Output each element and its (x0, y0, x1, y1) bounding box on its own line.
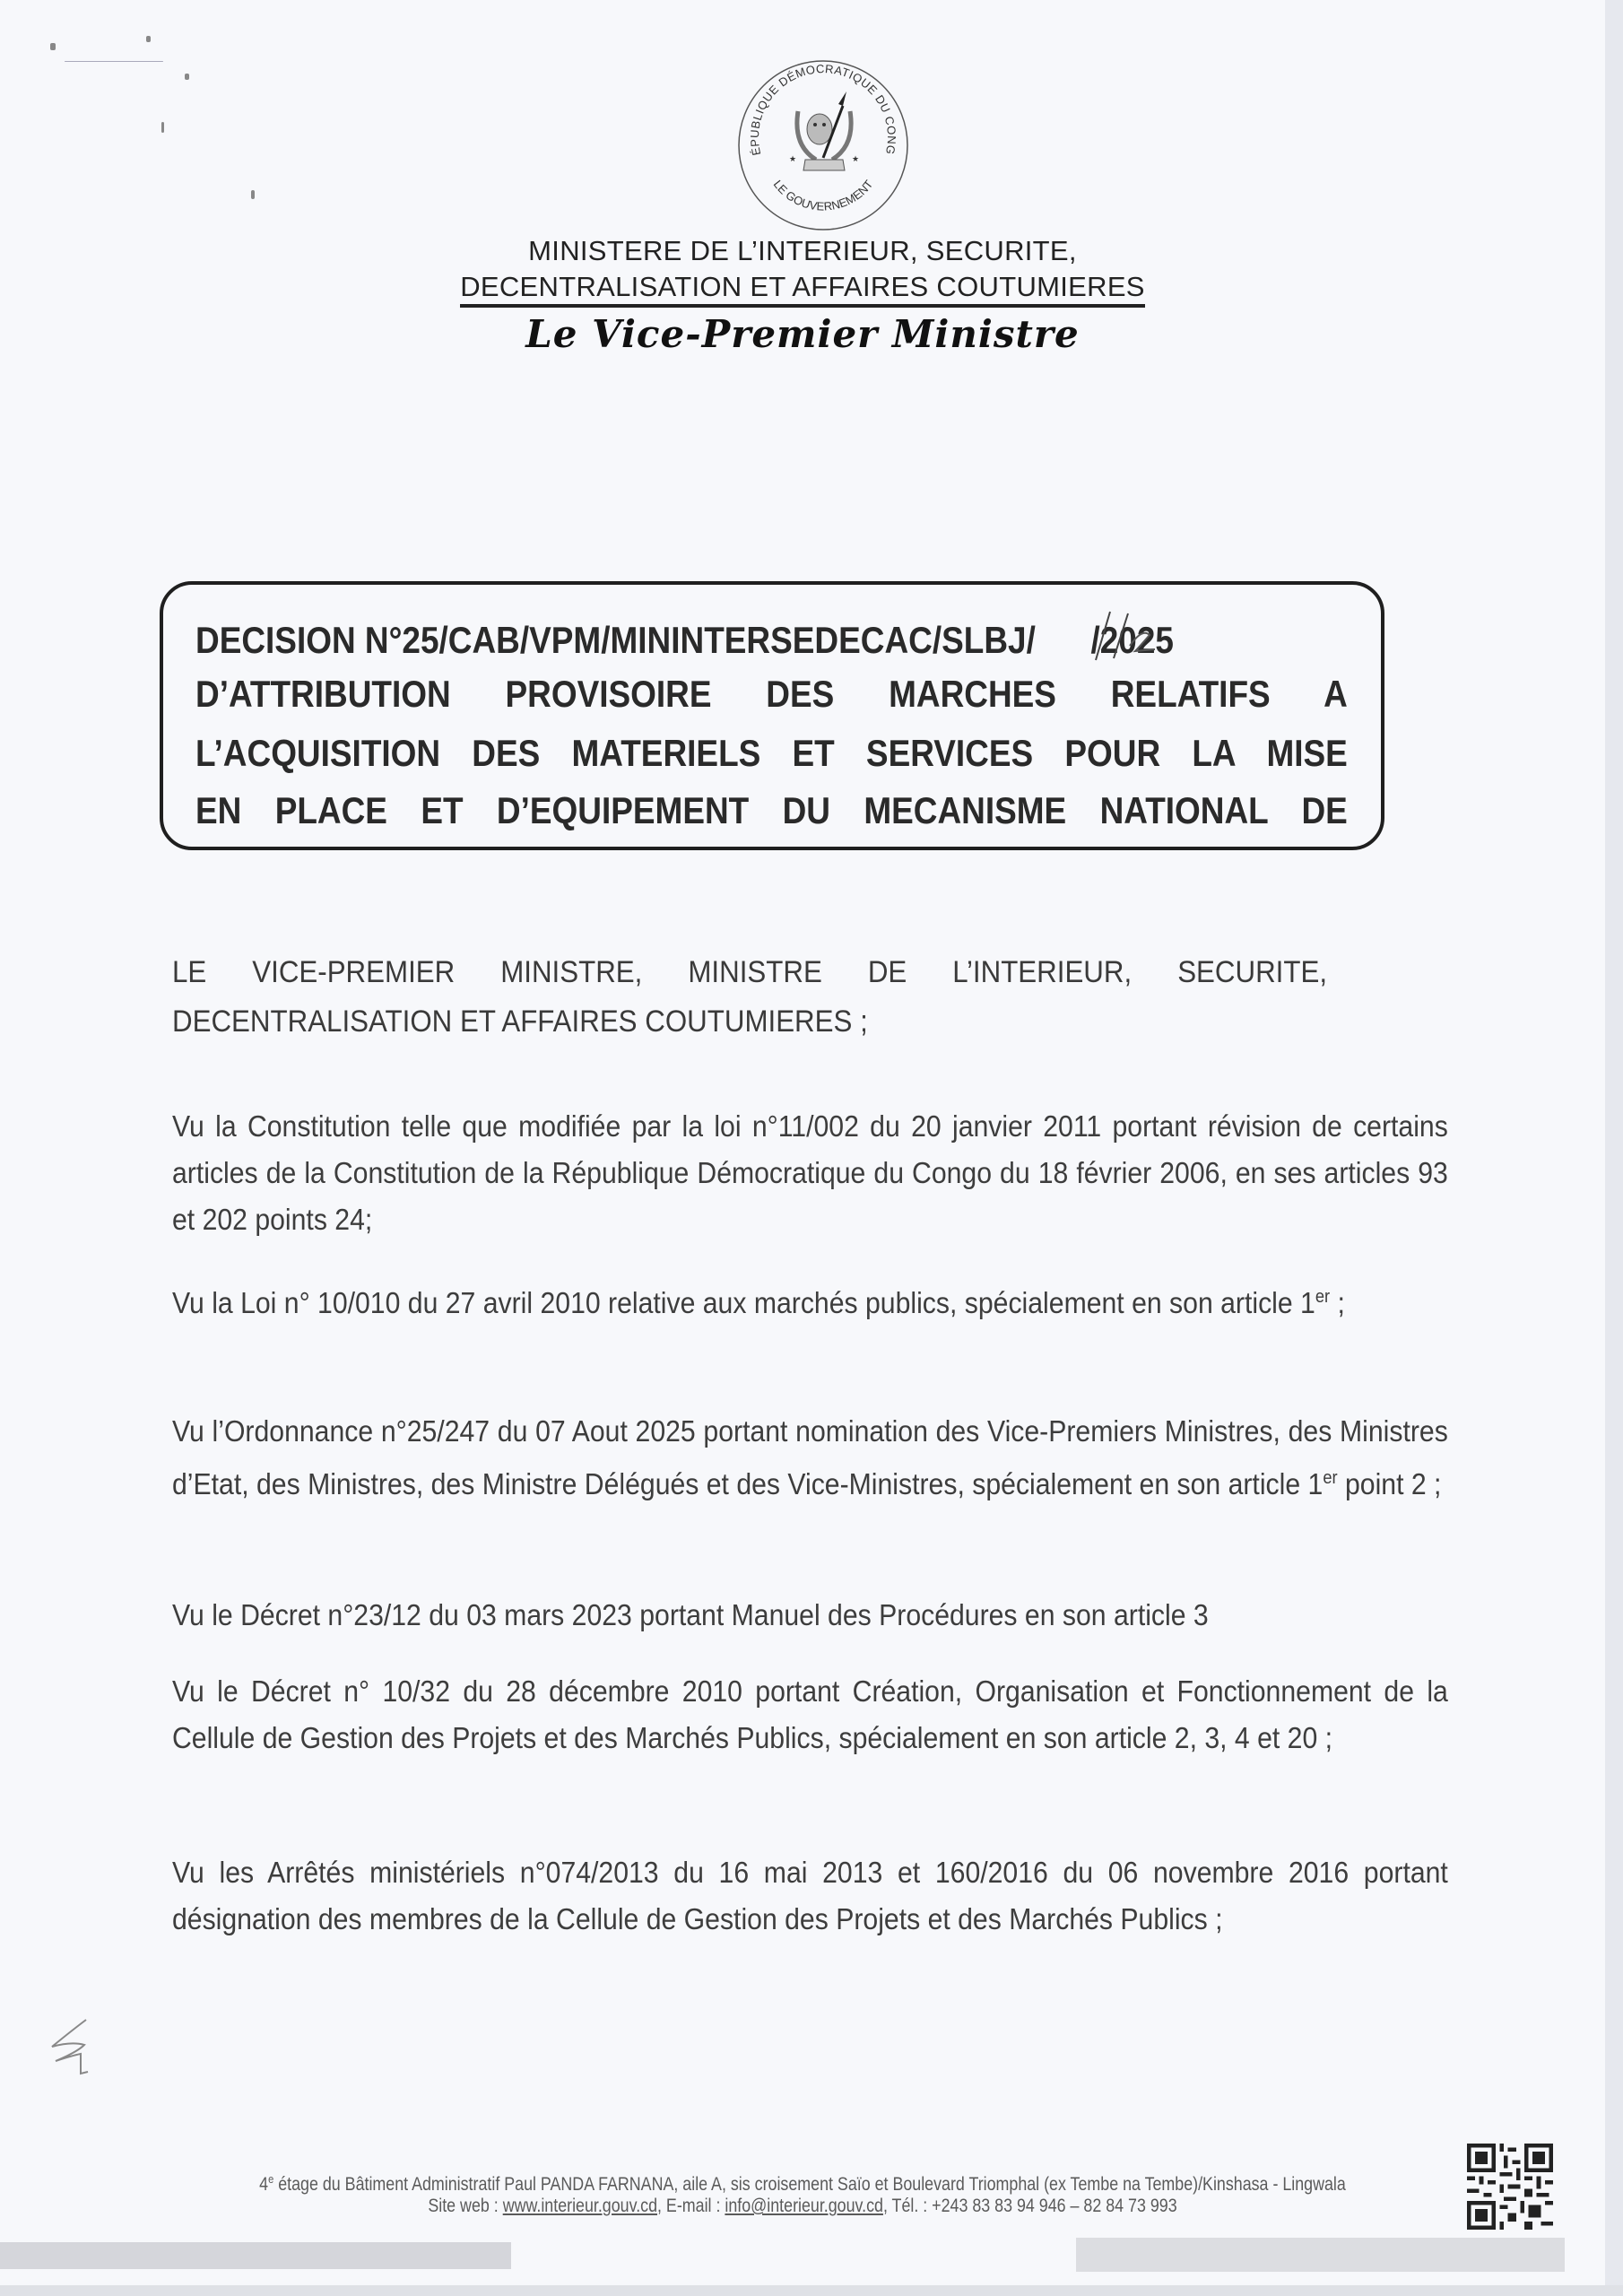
consideration-constitution: Vu la Constitution telle que modifiée pa… (172, 1103, 1448, 1243)
scan-speck (146, 36, 151, 42)
decision-subject-line: D’ATTRIBUTION PROVISOIRE DES MARCHES REL… (195, 673, 1348, 716)
handwritten-number-annotation (1083, 608, 1164, 662)
decision-subject-line: L’ACQUISITION DES MATERIELS ET SERVICES … (195, 732, 1348, 775)
coat-of-arms-icon: RÉPUBLIQUE DÉMOCRATIQUE DU CONGO LE GOUV… (733, 56, 913, 235)
svg-text:★: ★ (852, 154, 859, 163)
decision-number: DECISION N°25/CAB/VPM/MININTERSEDECAC/SL… (195, 619, 1213, 662)
consideration-ordonnance: Vu l’Ordonnance n°25/247 du 07 Aout 2025… (172, 1408, 1448, 1508)
office-title: Le Vice-Premier Ministre (0, 312, 1605, 356)
footer-contact: Site web : www.interieur.gouv.cd, E-mail… (120, 2196, 1485, 2217)
consideration-law-marches-publics: Vu la Loi n° 10/010 du 27 avril 2010 rel… (172, 1274, 1448, 1326)
scan-speck (50, 43, 56, 50)
preamble-authority: LE VICE-PREMIER MINISTRE, MINISTRE DE L’… (172, 955, 1410, 990)
ministry-name-line2: DECENTRALISATION ET AFFAIRES COUTUMIERES (0, 271, 1605, 303)
scan-speck (251, 190, 255, 199)
scan-speck (185, 74, 189, 80)
decision-subject-line: EN PLACE ET D’EQUIPEMENT DU MECANISME NA… (195, 789, 1348, 832)
scan-artifact (1076, 2238, 1565, 2272)
ministry-name-underlined: DECENTRALISATION ET AFFAIRES COUTUMIERES (460, 271, 1145, 308)
ministry-name-line1: MINISTERE DE L’INTERIEUR, SECURITE, (0, 235, 1605, 267)
page-edge (1605, 0, 1623, 2296)
preamble-authority: DECENTRALISATION ET AFFAIRES COUTUMIERES… (172, 1004, 1327, 1039)
coat-of-arms-emblem: RÉPUBLIQUE DÉMOCRATIQUE DU CONGO LE GOUV… (733, 56, 913, 235)
consideration-decret-manuel: Vu le Décret n°23/12 du 03 mars 2023 por… (172, 1592, 1448, 1639)
page-edge (0, 2285, 1623, 2296)
website-link[interactable]: www.interieur.gouv.cd (503, 2196, 657, 2216)
consideration-decret-cellule: Vu le Décret n° 10/32 du 28 décembre 201… (172, 1668, 1448, 1761)
qr-code-icon (1467, 2144, 1553, 2230)
scan-speck (65, 61, 163, 62)
footer-address: 4e étage du Bâtiment Administratif Paul … (120, 2172, 1485, 2196)
scan-artifact (0, 2242, 511, 2269)
svg-text:★: ★ (789, 154, 796, 163)
consideration-arretes: Vu les Arrêtés ministériels n°074/2013 d… (172, 1849, 1448, 1943)
email-link[interactable]: info@interieur.gouv.cd (725, 2196, 883, 2216)
scan-speck (161, 122, 164, 133)
handwritten-initial-mark (45, 2018, 99, 2081)
svg-text:LE GOUVERNEMENT: LE GOUVERNEMENT (771, 178, 876, 213)
